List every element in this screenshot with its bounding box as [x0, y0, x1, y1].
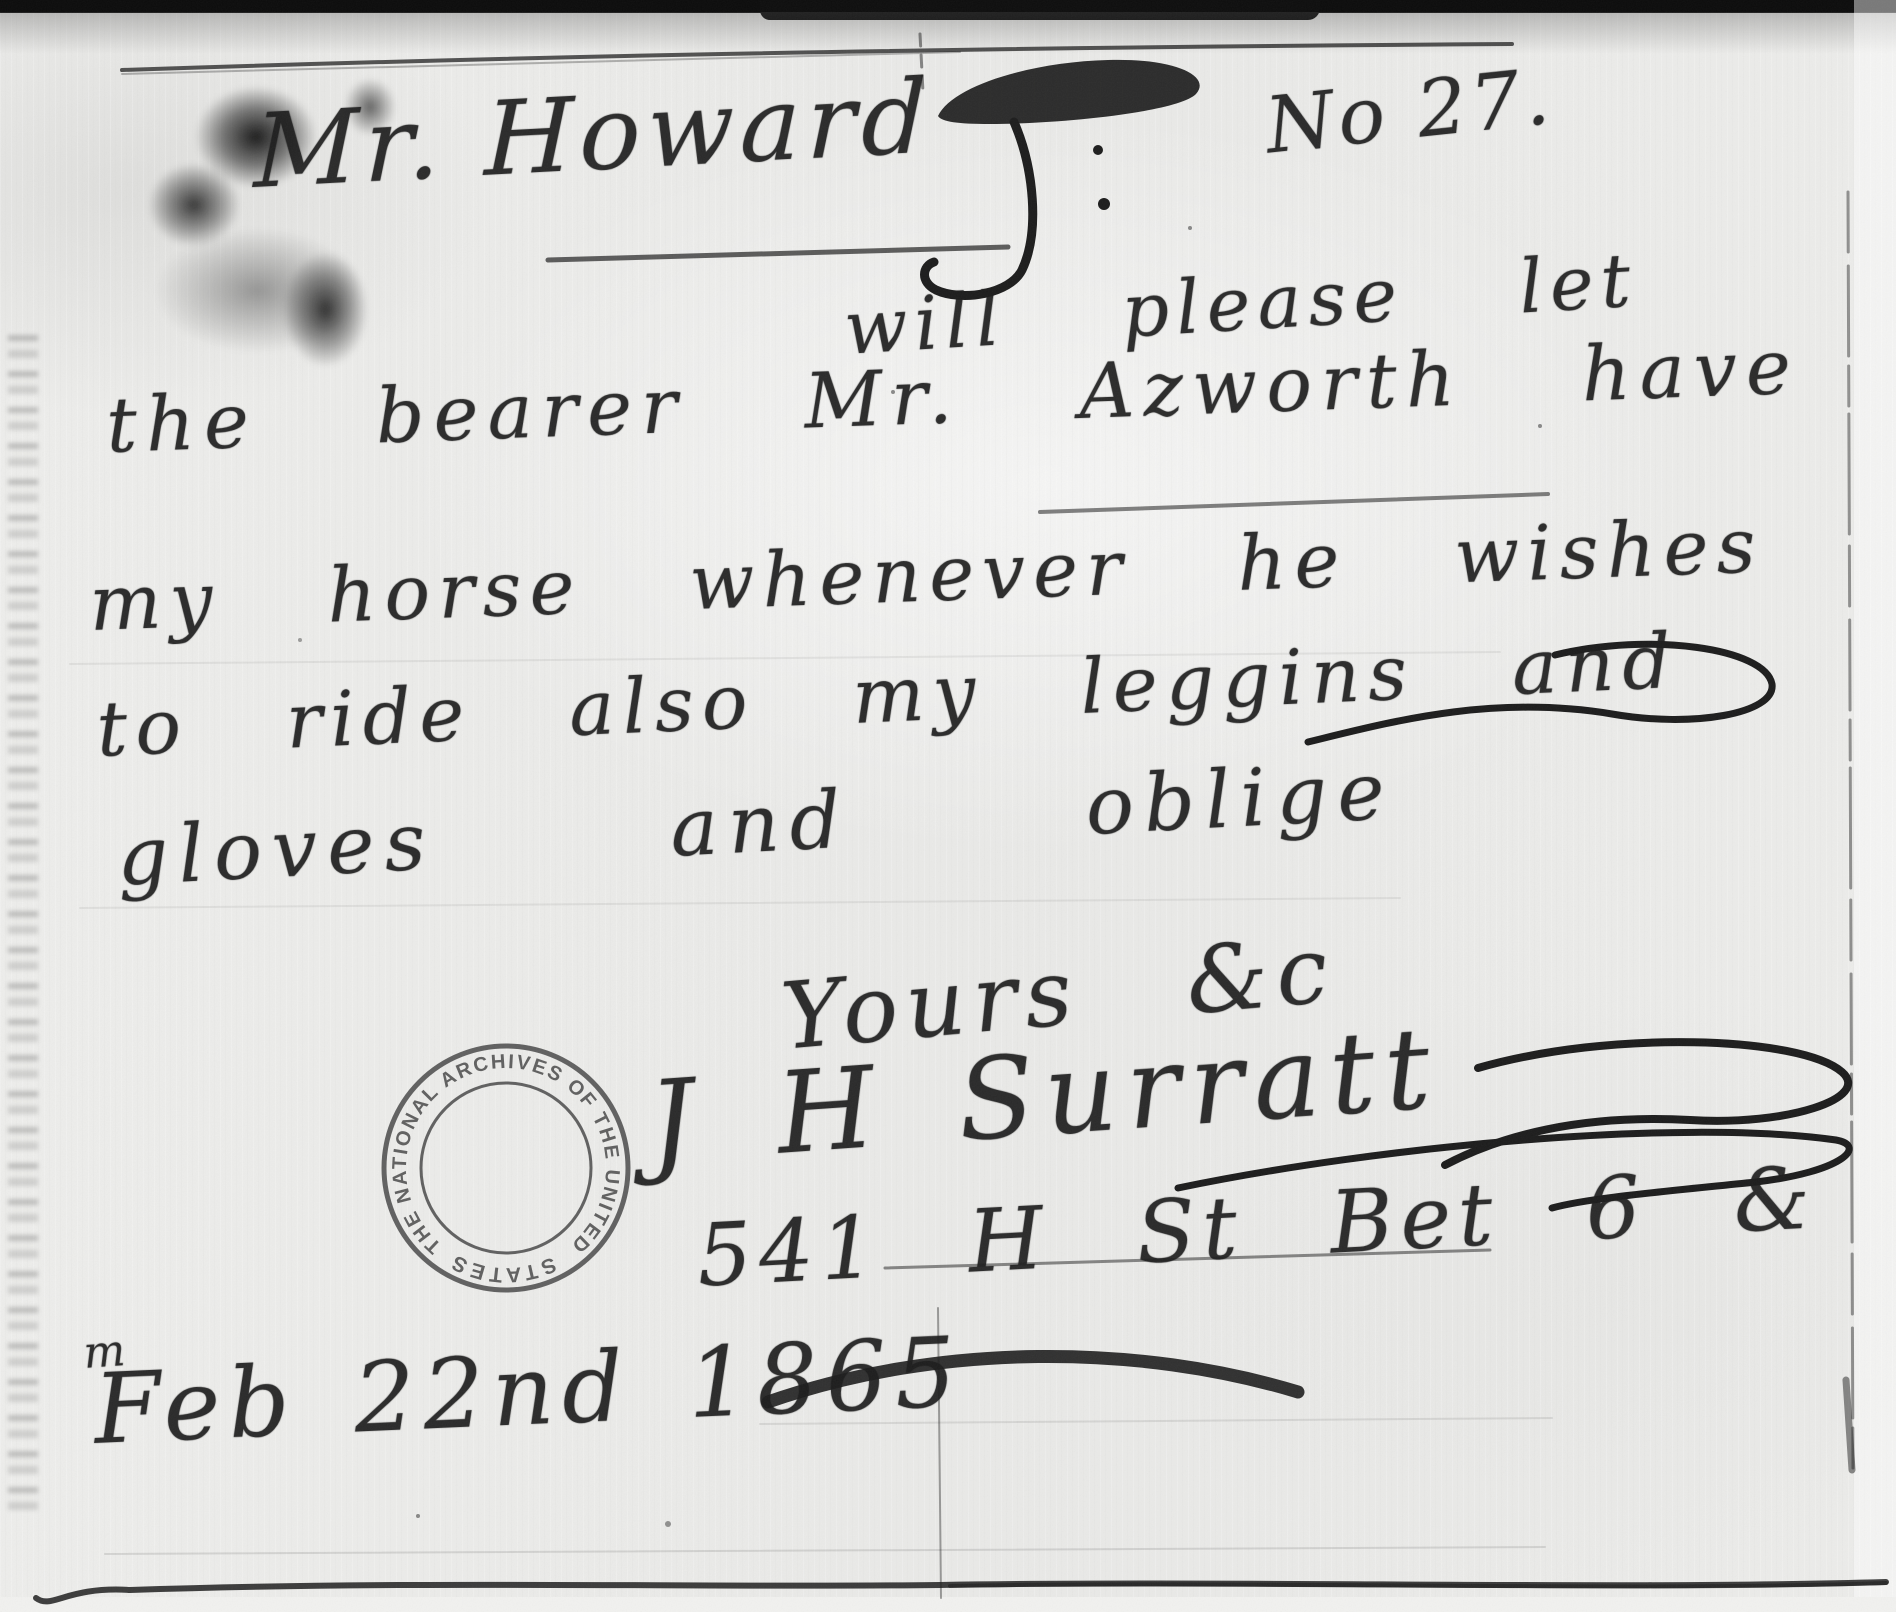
salutation-prefix: Mr.	[253, 81, 486, 212]
body-line-gloves: gloves and oblige	[115, 751, 1396, 898]
bottom-margin-strip	[0, 1597, 1896, 1612]
howard-flourish-loop	[938, 60, 1200, 124]
closing-flourish-upper	[1445, 1042, 1848, 1165]
salutation-name: Howard	[484, 57, 934, 200]
howard-underline	[548, 247, 1008, 260]
ink-dot	[1098, 198, 1110, 210]
salutation-line: Mr. Howard	[253, 66, 933, 204]
azworth-underline	[1040, 494, 1548, 512]
bearer-name: Azworth	[1078, 334, 1465, 436]
doc-number: No 27.	[1262, 58, 1557, 166]
ink-blot	[283, 252, 368, 367]
right-edge-line	[1848, 192, 1853, 1475]
stamp-outer-circle	[384, 1046, 628, 1290]
body-line-horse: my horse whenever he wishes	[88, 508, 1765, 642]
bearer-pre: the bearer Mr.	[105, 347, 1081, 470]
stamp-bottom-text: STATES	[445, 1249, 560, 1287]
archives-stamp: THE NATIONAL ARCHIVES OF THE UNITED STAT…	[384, 1046, 628, 1290]
svg-text:STATES: STATES	[445, 1249, 560, 1287]
right-edge-blotch	[1846, 1380, 1852, 1470]
scanned-letter: Mr. Howard No 27. will please let the be…	[0, 0, 1896, 1612]
bottom-edge-reinforce	[950, 1583, 1886, 1586]
faint-scan-line	[105, 1547, 1545, 1554]
stamp-inner-circle	[421, 1083, 591, 1253]
right-margin-shade	[1854, 0, 1896, 1612]
bearer-post: have	[1462, 322, 1801, 423]
ink-speck	[416, 1514, 420, 1518]
scanner-shadow	[0, 12, 1896, 54]
svg-text:THE NATIONAL ARCHIVES OF THE U: THE NATIONAL ARCHIVES OF THE UNITED	[389, 1051, 623, 1258]
body-line-ride: to ride also my leggins and	[95, 623, 1680, 768]
ink-speck	[665, 1521, 671, 1527]
ink-dot	[1093, 145, 1103, 155]
stamp-arc-text: THE NATIONAL ARCHIVES OF THE UNITED	[389, 1051, 623, 1258]
ink-speck	[1538, 424, 1542, 428]
left-torn-edge	[8, 335, 38, 1520]
signature-line: J H Surratt	[645, 1013, 1443, 1180]
ink-speck	[1188, 226, 1192, 230]
date-line: Feb 22nd 1865	[92, 1324, 966, 1458]
howard-flourish-tail	[925, 122, 1033, 296]
faint-scan-line	[80, 898, 1400, 908]
